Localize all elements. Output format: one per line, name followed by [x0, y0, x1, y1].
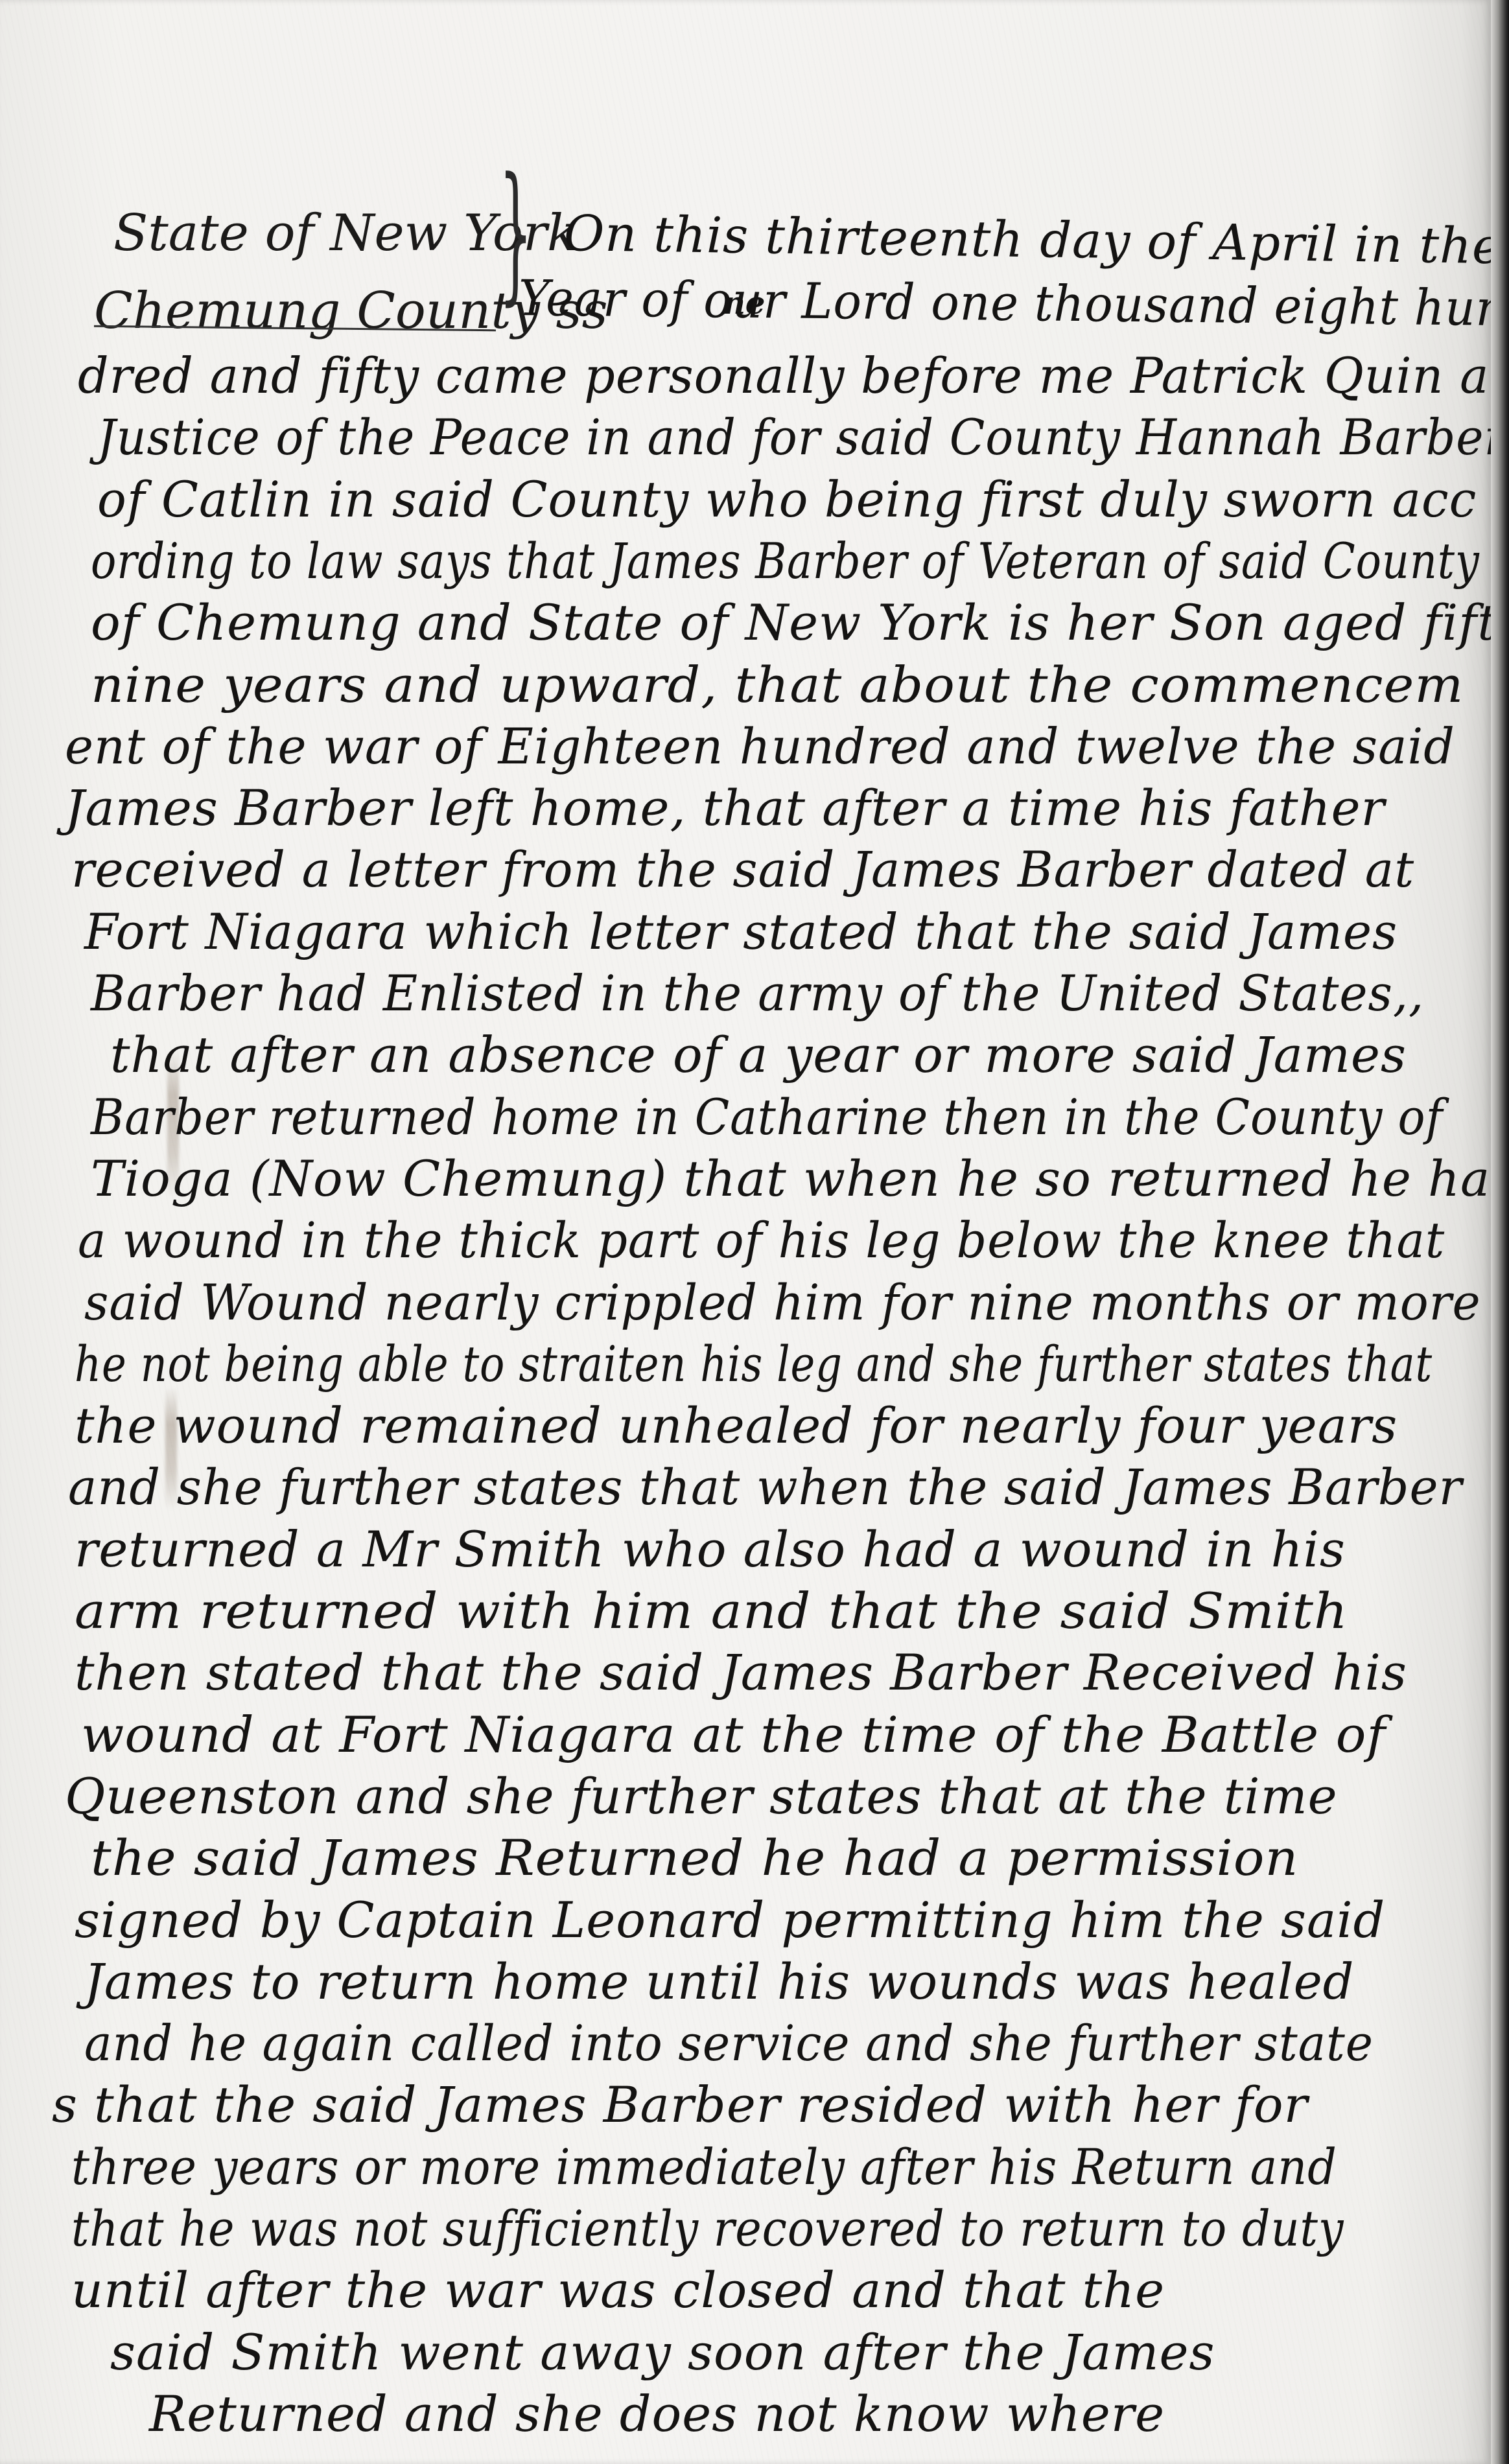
page-edge-shadow [1491, 0, 1509, 2464]
text-line: James to return home until his wounds wa… [84, 1953, 1354, 2010]
text-line: Year of our Lord one thousand eight hun [519, 269, 1507, 337]
text-line: signed by Captain Leonard permitting him… [75, 1891, 1385, 1949]
text-line: Queenston and she further states that at… [65, 1767, 1338, 1825]
text-line: returned a Mr Smith who also had a wound… [75, 1520, 1346, 1578]
text-line: said Smith went away soon after the Jame… [110, 2323, 1215, 2381]
text-line: he not being able to straiten his leg an… [75, 1335, 1433, 1393]
text-line: the said James Returned he had a permiss… [91, 1829, 1298, 1887]
text-line: a wound in the thick part of his leg bel… [78, 1211, 1445, 1269]
text-line: of Chemung and State of New York is her … [91, 594, 1509, 651]
text-line: of Catlin in said County who being first… [97, 471, 1477, 528]
text-line: until after the war was closed and that … [71, 2261, 1165, 2319]
text-line: dred and fifty came personally before me… [78, 347, 1489, 404]
text-line: then stated that the said James Barber R… [75, 1644, 1407, 1701]
text-line: ording to law says that James Barber of … [91, 532, 1480, 590]
text-line: s that the said James Barber resided wit… [52, 2076, 1308, 2133]
text-line: received a letter from the said James Ba… [71, 841, 1414, 898]
text-line: the wound remained unhealed for nearly f… [75, 1397, 1398, 1454]
text-line: Barber returned home in Catharine then i… [91, 1088, 1443, 1146]
text-line: and he again called into service and she… [84, 2014, 1374, 2072]
text-line: Tioga (Now Chemung) that when he so retu… [91, 1150, 1509, 1207]
text-line: arm returned with him and that the said … [75, 1582, 1348, 1640]
text-line: that after an absence of a year or more … [110, 1026, 1407, 1084]
text-line: Fort Niagara which letter stated that th… [84, 903, 1398, 960]
text-line: Returned and she does not know where [149, 2385, 1165, 2443]
text-line: Barber had Enlisted in the army of the U… [91, 964, 1424, 1022]
text-line: and she further states that when the sai… [68, 1458, 1462, 1516]
text-line: that he was not sufficiently recovered t… [71, 2200, 1344, 2257]
caption-state: State of New York [113, 201, 608, 266]
text-line: Justice of the Peace in and for said Cou… [97, 408, 1507, 466]
document-page: State of New York Chemung County ss } ne… [0, 0, 1491, 2464]
text-line: nine years and upward, that about the co… [91, 656, 1464, 714]
text-line: ent of the war of Eighteen hundred and t… [65, 717, 1455, 775]
text-line: said Wound nearly crippled him for nine … [84, 1273, 1481, 1331]
text-line: On this thirteenth day of April in the [563, 204, 1502, 275]
text-line: wound at Fort Niagara at the time of the… [81, 1706, 1386, 1763]
text-line: James Barber left home, that after a tim… [65, 779, 1385, 837]
text-line: three years or more immediately after hi… [71, 2138, 1337, 2196]
